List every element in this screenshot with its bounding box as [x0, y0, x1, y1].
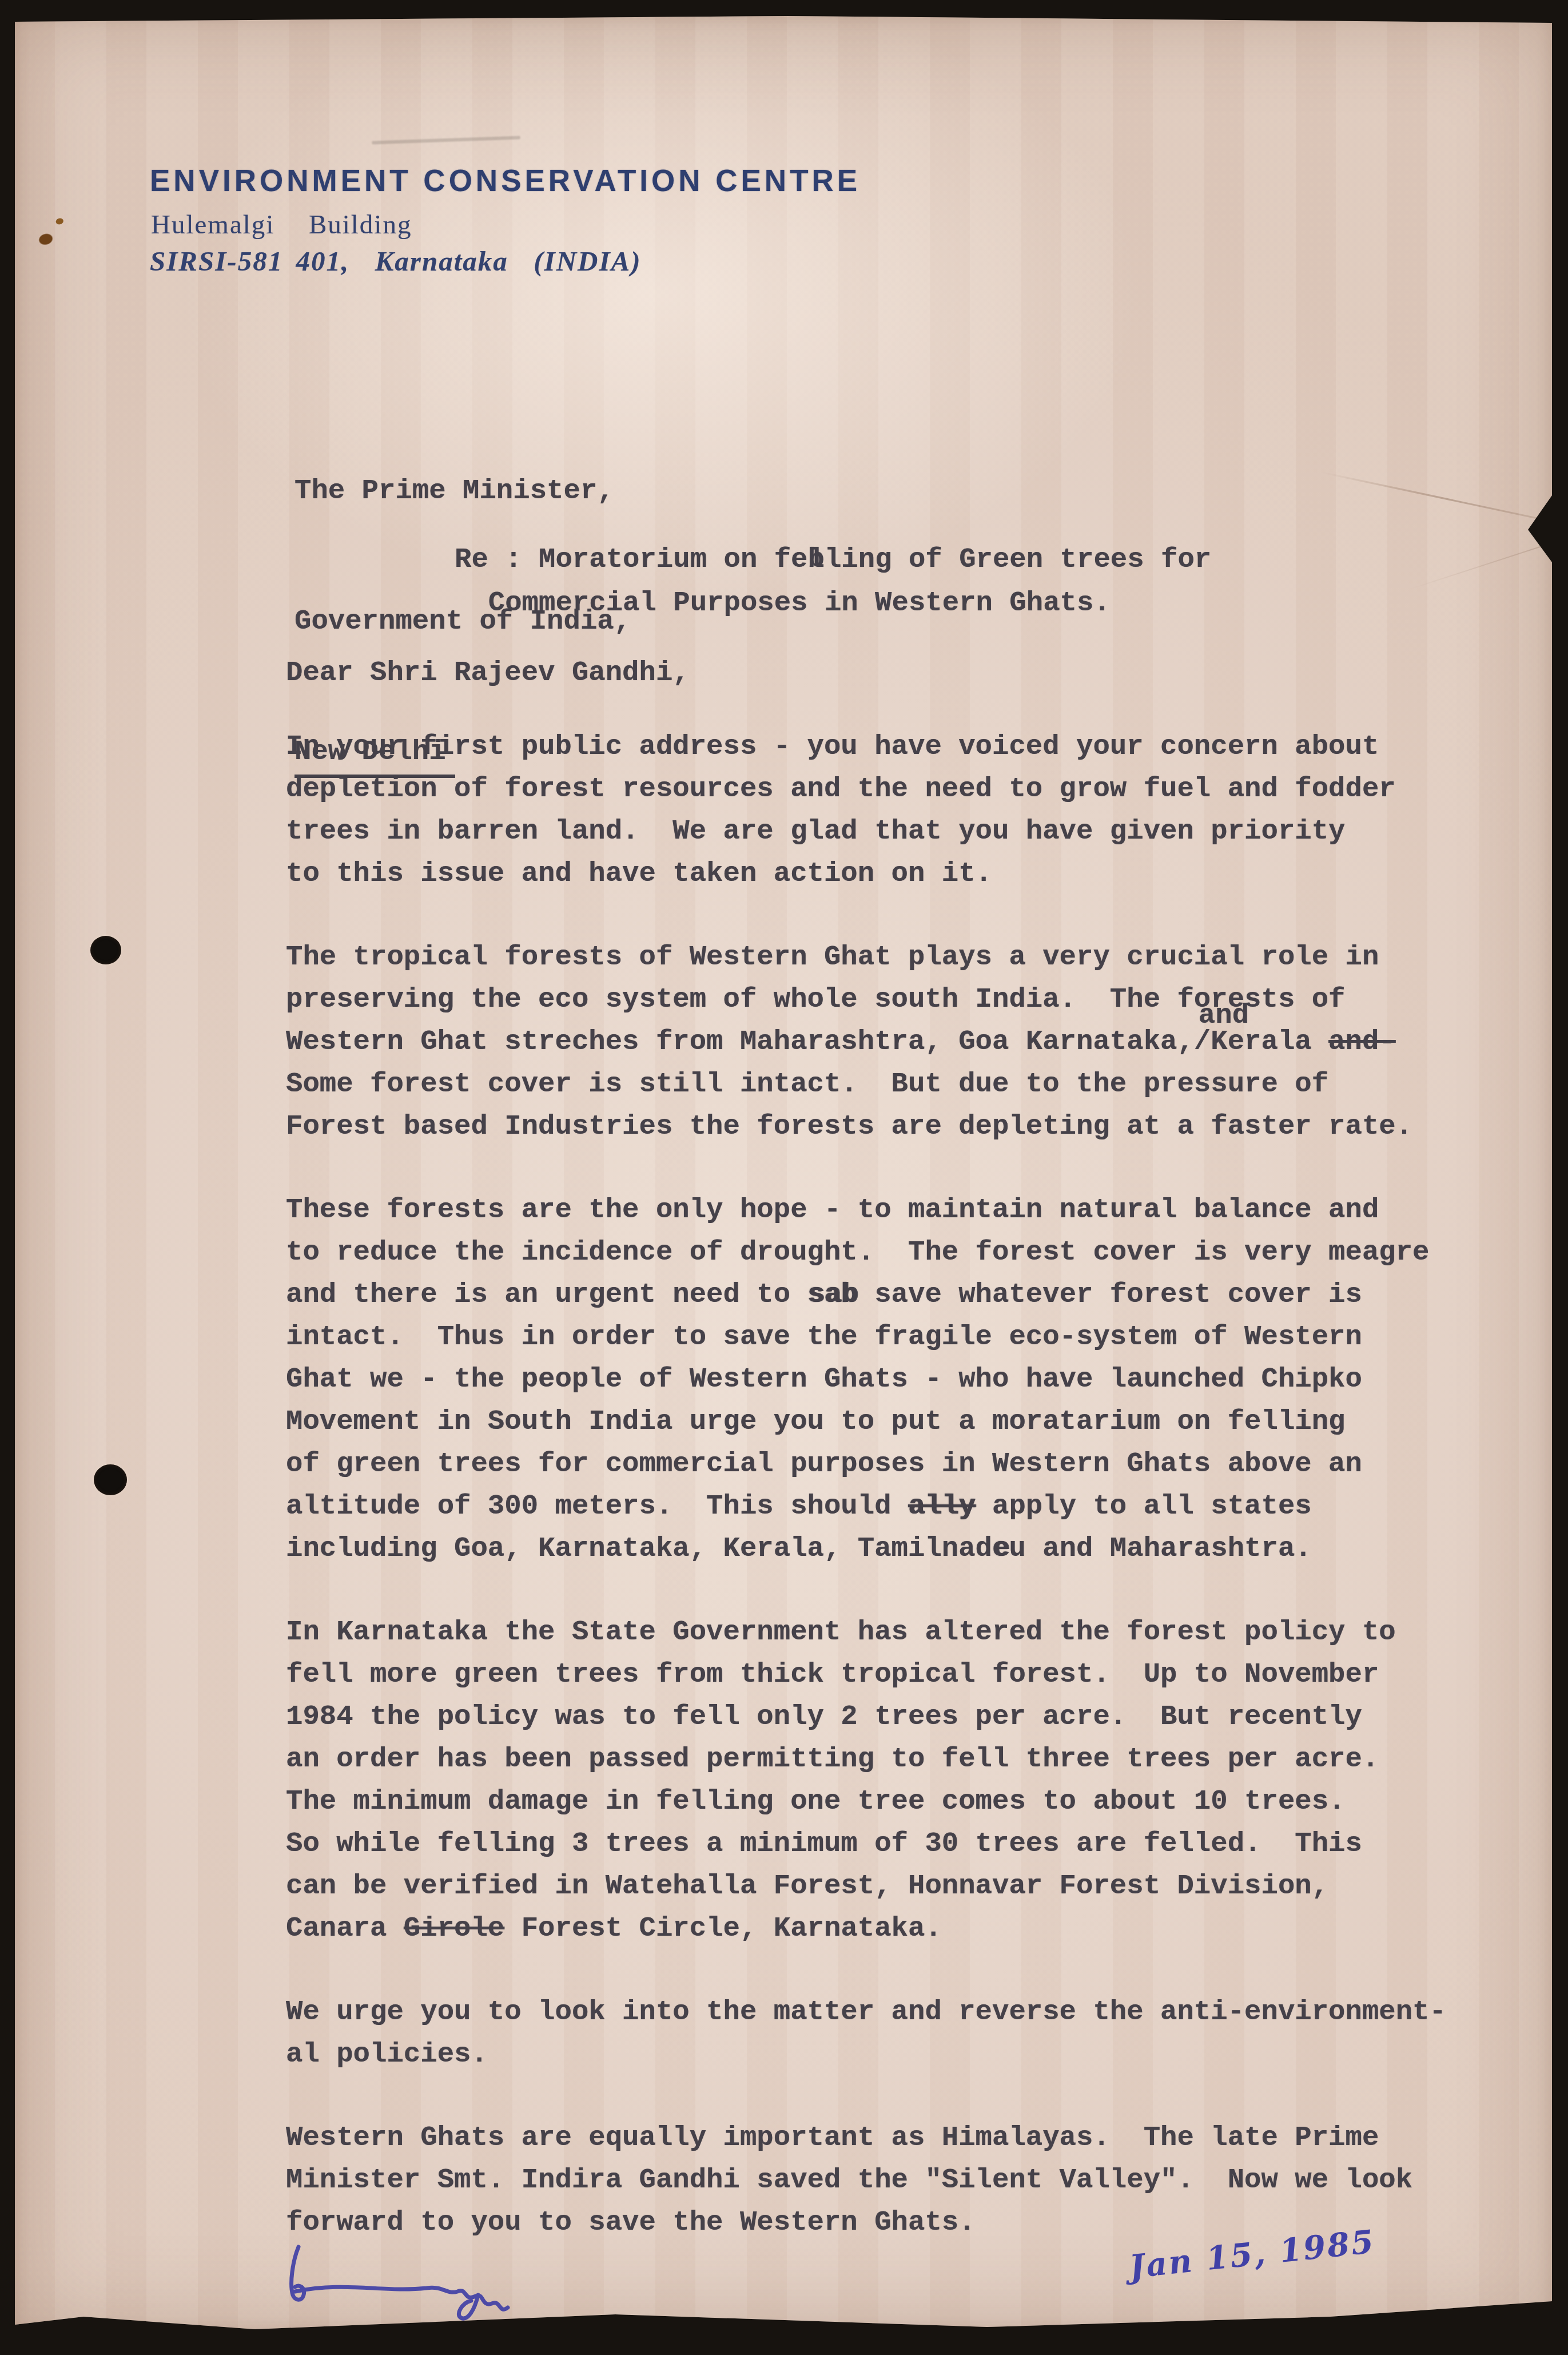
- org-address: SIRSI-581 401, Karnataka (INDIA): [150, 245, 642, 277]
- org-building: Hulemalgi Building: [151, 209, 412, 240]
- text-run: Girole: [404, 1912, 504, 1944]
- paragraph: These forests are the only hope - to mai…: [286, 1189, 1533, 1570]
- pencil-smudge: [372, 136, 520, 144]
- text-run: We urge you to look into the matter and …: [286, 1996, 1446, 2070]
- fold-crease: [1321, 471, 1567, 525]
- scanned-letter: ENVIRONMENT CONSERVATION CENTRE Hulemalg…: [0, 0, 1568, 2355]
- text-run: save whatever forest cover is intact. Th…: [286, 1278, 1362, 1522]
- text-run: Forest Circle, Karnataka.: [504, 1912, 942, 1944]
- paragraph: The tropical forests of Western Ghat pla…: [286, 936, 1533, 1147]
- paragraph: In Karnataka the State Government has al…: [286, 1611, 1533, 1949]
- paragraph: In your first public address - you have …: [286, 725, 1533, 895]
- paragraph: Western Ghats are equally important as H…: [286, 2116, 1533, 2243]
- fold-crease: [1409, 533, 1568, 590]
- text-run: sab: [807, 1278, 858, 1310]
- org-name: ENVIRONMENT CONSERVATION CENTRE: [150, 164, 861, 198]
- subject-line: Re : Moratorium on feblling of Green tre…: [455, 538, 1211, 625]
- text-run: In your first public address - you have …: [286, 730, 1396, 889]
- letter-body: In your first public address - you have …: [286, 725, 1533, 2285]
- text-run: Western Ghats are equally important as H…: [286, 2122, 1412, 2238]
- paragraph: We urge you to look into the matter and …: [286, 1991, 1533, 2075]
- text-run: ally: [908, 1490, 976, 1522]
- text-run: In Karnataka the State Government has al…: [286, 1616, 1396, 1944]
- signature-scribble: [277, 2239, 546, 2325]
- text-run: and-: [1328, 1026, 1396, 1058]
- recipient-line: The Prime Minister,: [295, 469, 631, 513]
- text-run: Re : Moratorium on fe: [455, 543, 808, 575]
- text-run: e: [992, 1532, 1009, 1564]
- text-run: u and Maharashtra.: [1009, 1532, 1311, 1564]
- paper-sheet: ENVIRONMENT CONSERVATION CENTRE Hulemalg…: [15, 16, 1552, 2332]
- text-run: Some forest cover is still intact. But d…: [286, 1068, 1412, 1142]
- stain-mark: [29, 213, 75, 251]
- salutation: Dear Shri Rajeev Gandhi,: [286, 657, 690, 689]
- punch-hole: [90, 936, 121, 964]
- punch-hole: [94, 1464, 127, 1495]
